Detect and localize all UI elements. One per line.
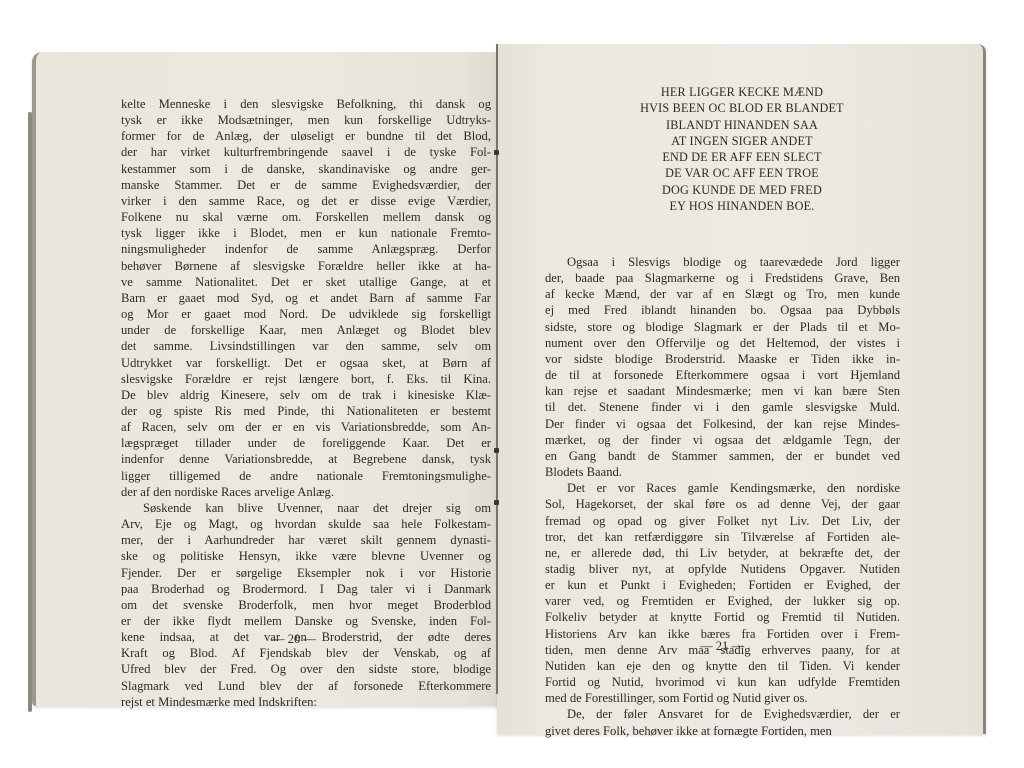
left-page: kelte Menneske i den slesvigske Befolkni… [32,52,501,706]
text-line: der har virket kulturfrembringende saave… [121,144,491,160]
inscription-line: END DE ER AFF EEN SLECT [577,149,907,165]
text-line: og Mor er gaaet mod Nord. De udviklede s… [121,306,491,322]
text-line: lægspræget tillader under de foreliggend… [121,435,491,451]
inscription-line: HER LIGGER KECKE MÆND [577,84,907,100]
inscription-line: IBLANDT HINANDEN SAA [577,117,907,133]
text-line: med de Forestillinger, som Fortid og Nut… [545,690,900,706]
text-line: sidste, store og blodige Slagmark er der… [545,319,900,335]
text-line: Udtrykket var forskelligt. Det er ogsaa … [121,355,491,371]
text-line: nument over den Offervilje og det Heltem… [545,335,900,351]
memorial-inscription: HER LIGGER KECKE MÆNDHVIS BEEN OC BLOD E… [577,84,907,214]
text-line: til det. Stenene finder vi i den gamle s… [545,399,900,415]
text-line: tysk ligger ikke i Blodet, men er kun na… [121,225,491,241]
left-page-number: — 20 — [244,632,344,647]
text-line: de til at forsonede Efterkommere ogsaa i… [545,367,900,383]
inscription-line: DE VAR OC AFF EEN TROE [577,165,907,181]
left-page-body: kelte Menneske i den slesvigske Befolkni… [121,96,491,710]
text-line: en Gang bandt de Stammer sammen, der er … [545,448,900,464]
text-line: former for de Anlæg, der uløseligt er bu… [121,128,491,144]
right-page-number: — 21 — [672,639,772,654]
text-line: af Racen, selv om der er en vis Variatio… [121,419,491,435]
text-line: indenfor denne Variationsbredde, at Begr… [121,451,491,467]
text-line: Kraft og Blod. Af Fjendskab blev der Ven… [121,645,491,661]
text-line: paa Broderhad og Brodermord. I Dag taler… [121,581,491,597]
text-line: Ufred blev der Fred. Og over den sidste … [121,661,491,677]
text-line: De, der føler Ansvaret for de Evighedsvæ… [545,706,900,722]
text-line: under de forskellige Kaar, men Anlæget o… [121,322,491,338]
text-line: Blodets Baand. [545,464,900,480]
text-line: det samme. Livsindstillingen var den sam… [121,338,491,354]
right-page: HER LIGGER KECKE MÆNDHVIS BEEN OC BLOD E… [497,44,986,734]
text-line: Fjender. Der er sørgelige Eksempler nok … [121,565,491,581]
text-line: Sol, Hagekorset, der skal føre os ad den… [545,496,900,512]
text-line: virker i den samme Race, og det er disse… [121,193,491,209]
text-line: ve samme Nationalitet. Det er sket utall… [121,274,491,290]
text-line: Nutiden kan eje den og knytte den til Ti… [545,658,900,674]
text-line: om det svenske Broderfolk, men hvor mege… [121,597,491,613]
text-line: der, baade paa Slagmarkerne og i Fredsti… [545,270,900,286]
text-line: Ogsaa i Slesvigs blodige og taarevædede … [545,254,900,270]
text-line: Der finder vi ogsaa det Folkesind, der k… [545,416,900,432]
text-line: Barn er gaaet mod Syd, og et andet Barn … [121,290,491,306]
staple [494,150,499,155]
text-line: rejst et Mindesmærke med Indskriften: [121,694,491,710]
inscription-line: HVIS BEEN OC BLOD ER BLANDET [577,100,907,116]
text-line: Søskende kan blive Uvenner, naar det dre… [121,500,491,516]
text-line: Folkeliv betyder at knytte Fortid og Fre… [545,609,900,625]
text-line: mer, der i Aarhundreder har været skilt … [121,532,491,548]
text-line: ske og politiske Hensyn, ikke være blevn… [121,548,491,564]
text-line: mærket, og der finder vi ogsaa det ældga… [545,432,900,448]
text-line: slesvigske Forældre er rejst længere bor… [121,371,491,387]
text-line: varer ved, og Fremtiden er Evighed, der … [545,593,900,609]
staple [494,500,499,505]
text-line: kan rejse et saadant Mindesmærke; men vi… [545,383,900,399]
text-line: Arv, Eje og Magt, og hvordan skulde saa … [121,516,491,532]
open-booklet: kelte Menneske i den slesvigske Befolkni… [0,0,1024,768]
text-line: Det er vor Races gamle Kendingsmærke, de… [545,480,900,496]
text-line: ningsmuligheder indenfor de samme Anlægs… [121,241,491,257]
text-line: De blev aldrig Kinesere, selv om de trak… [121,387,491,403]
text-line: Fortid og Nutid, hvorimod vi kun kan udf… [545,674,900,690]
inscription-line: DOG KUNDE DE MED FRED [577,182,907,198]
right-page-body: Ogsaa i Slesvigs blodige og taarevædede … [545,254,900,739]
text-line: der af den nordiske Races arvelige Anlæg… [121,484,491,500]
inscription-line: AT INGEN SIGER ANDET [577,133,907,149]
text-line: tror, det kan retfærdiggøre sin Tilværel… [545,529,900,545]
text-line: ej med Fred iblandt hinanden bo. Ogsaa p… [545,302,900,318]
text-line: behøver Børnene af slesvigske Forældre h… [121,258,491,274]
text-line: Slagmark ved Lund blev der af forsonede … [121,678,491,694]
book-spine [496,44,498,694]
text-line: ne, er allerede død, thi Liv betyder, at… [545,545,900,561]
text-line: stadig bliver nyt, at opfylde Nutidens O… [545,561,900,577]
text-line: givet deres Folk, behøver ikke at fornæg… [545,723,900,739]
inscription-line: EY HOS HINANDEN BOE. [577,198,907,214]
text-line: fremad og opad og giver Folket nyt Liv. … [545,513,900,529]
text-line: er kun et Punkt i Evigheden; Fortiden er… [545,577,900,593]
text-line: manske Stammer. Det er de samme Evigheds… [121,177,491,193]
text-line: tysk er ikke Modsætninger, men kun forsk… [121,112,491,128]
text-line: kelte Menneske i den slesvigske Befolkni… [121,96,491,112]
text-line: er der ikke flydt mellem Danske og Svens… [121,613,491,629]
text-line: vor sidste blodige Broderstrid. Maaske e… [545,351,900,367]
text-line: af kecke Mænd, der var af en Slægt og Tr… [545,286,900,302]
text-line: Folkene nu skal værne om. Forskellen mel… [121,209,491,225]
text-line: kestammer som i de danske, skandinaviske… [121,161,491,177]
staple [494,448,499,453]
text-line: ligger tilligemed de andre nationale Fre… [121,468,491,484]
text-line: der og spiste Ris med Pinde, thi Nationa… [121,403,491,419]
